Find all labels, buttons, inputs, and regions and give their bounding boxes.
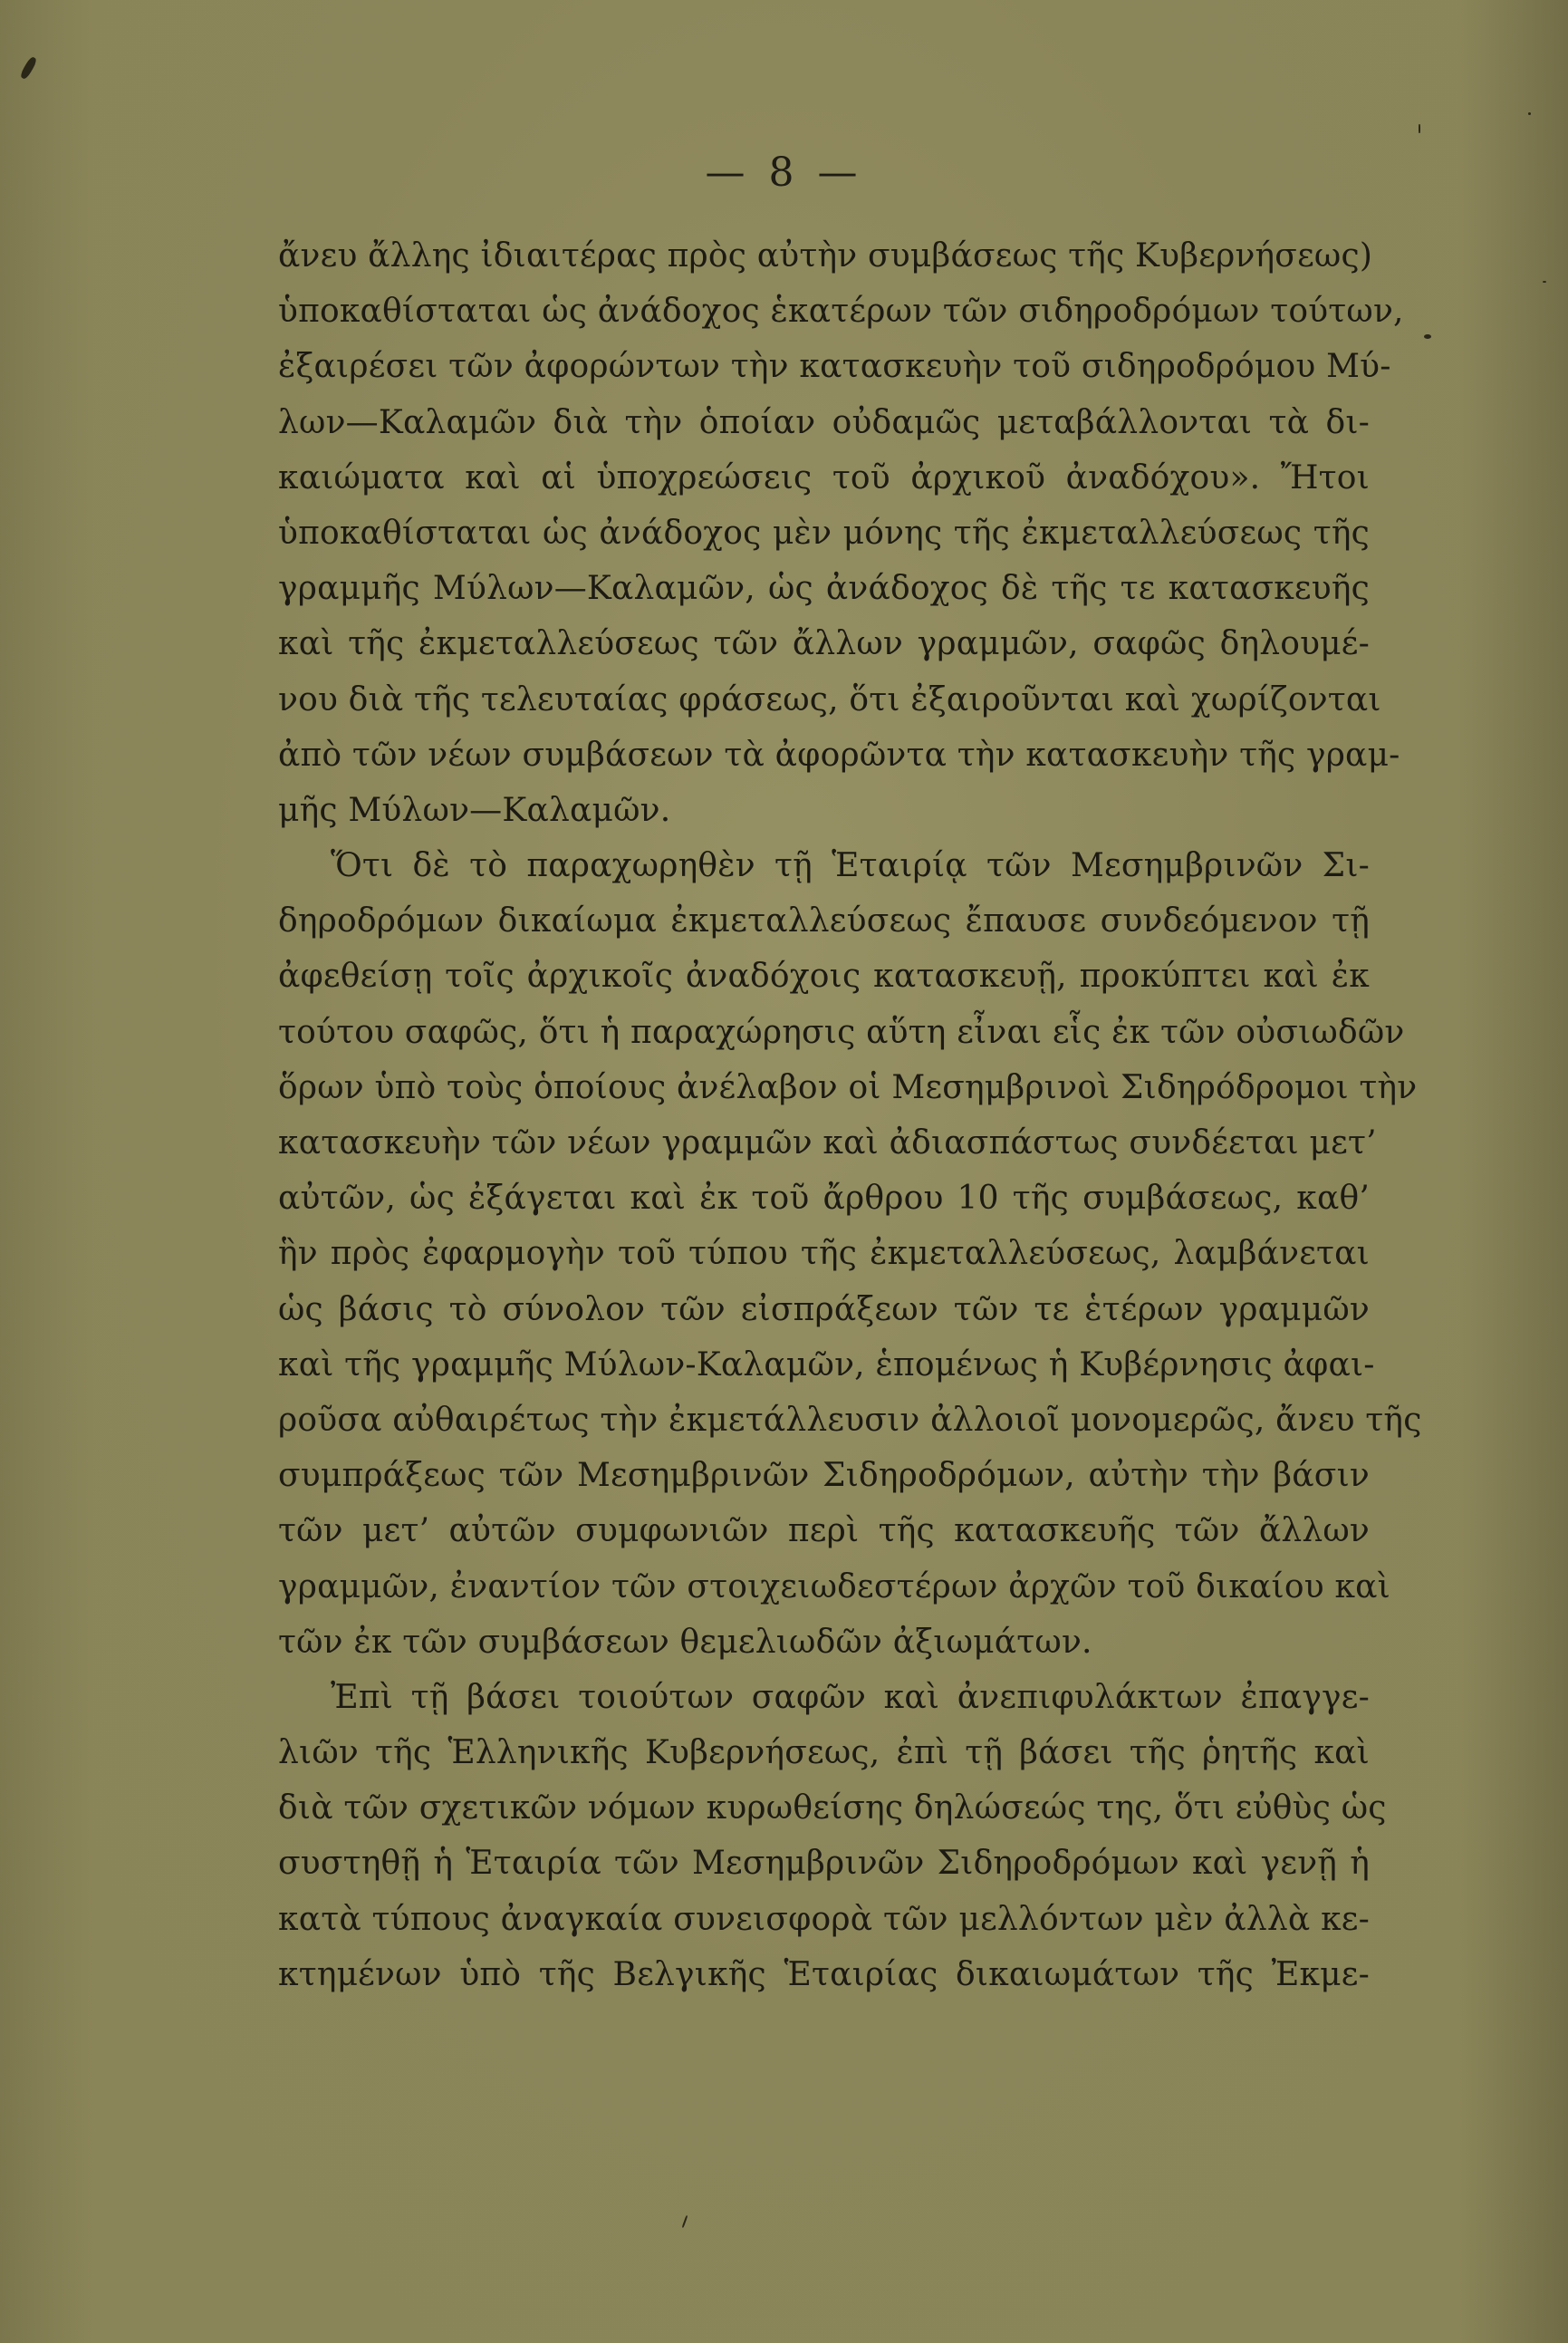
text-line: καὶ τῆς ἐκμεταλλεύσεως τῶν ἄλλων γραμμῶν… xyxy=(278,616,1370,671)
ink-speck xyxy=(1543,281,1546,283)
ink-speck xyxy=(1424,334,1431,339)
text-line: ἣν πρὸς ἐφαρμογὴν τοῦ τύπου τῆς ἐκμεταλλ… xyxy=(278,1226,1370,1281)
text-line: λων—Καλαμῶν διὰ τὴν ὁποίαν οὐδαμῶς μεταβ… xyxy=(278,395,1370,450)
text-line: λιῶν τῆς Ἑλληνικῆς Κυβερνήσεως, ἐπὶ τῇ β… xyxy=(278,1725,1370,1780)
text-line: ὡς βάσις τὸ σύνολον τῶν εἰσπράξεων τῶν τ… xyxy=(278,1282,1370,1337)
ink-speck xyxy=(682,2215,688,2228)
ink-speck xyxy=(1528,112,1531,115)
text-line: καὶ τῆς γραμμῆς Μύλων-Καλαμῶν, ἑπομένως … xyxy=(278,1337,1370,1393)
paragraph-end-line: μῆς Μύλων—Καλαμῶν. xyxy=(278,783,1370,838)
body-text: ἄνευ ἄλλης ἰδιαιτέρας πρὸς αὐτὴν συμβάσε… xyxy=(278,228,1370,2002)
text-line: καιώματα καὶ αἱ ὑποχρεώσεις τοῦ ἀρχικοῦ … xyxy=(278,450,1370,506)
text-line: ὑποκαθίσταται ὡς ἀνάδοχος μὲν μόνης τῆς … xyxy=(278,506,1370,561)
text-line: ἐξαιρέσει τῶν ἀφορώντων τὴν κατασκευὴν τ… xyxy=(278,339,1370,394)
text-line: ροῦσα αὐθαιρέτως τὴν ἐκμετάλλευσιν ἀλλοι… xyxy=(278,1393,1370,1448)
paragraph-end-line: τῶν ἐκ τῶν συμβάσεων θεμελιωδῶν ἀξιωμάτω… xyxy=(278,1615,1370,1670)
text-line: ὅρων ὑπὸ τοὺς ὁποίους ἀνέλαβον οἱ Μεσημβ… xyxy=(278,1060,1370,1115)
text-line: ἄνευ ἄλλης ἰδιαιτέρας πρὸς αὐτὴν συμβάσε… xyxy=(278,228,1370,284)
text-line: συμπράξεως τῶν Μεσημβρινῶν Σιδηροδρόμων,… xyxy=(278,1448,1370,1503)
text-line: κατασκευὴν τῶν νέων γραμμῶν καὶ ἀδιασπάσ… xyxy=(278,1115,1370,1171)
text-line: ἀφεθείσῃ τοῖς ἀρχικοῖς ἀναδόχοις κατασκε… xyxy=(278,949,1370,1004)
text-line: νου διὰ τῆς τελευταίας φράσεως, ὅτι ἐξαι… xyxy=(278,672,1370,728)
text-line: γραμμῆς Μύλων—Καλαμῶν, ὡς ἀνάδοχος δὲ τῆ… xyxy=(278,561,1370,616)
paragraph-start-line: Ὅτι δὲ τὸ παραχωρηθὲν τῇ Ἑταιρίᾳ τῶν Μεσ… xyxy=(278,838,1370,893)
text-line: τούτου σαφῶς, ὅτι ἡ παραχώρησις αὕτη εἶν… xyxy=(278,1005,1370,1060)
ink-mark xyxy=(19,55,38,80)
text-line: συστηθῇ ἡ Ἑταιρία τῶν Μεσημβρινῶν Σιδηρο… xyxy=(278,1836,1370,1891)
text-line: κτημένων ὑπὸ τῆς Βελγικῆς Ἑταιρίας δικαι… xyxy=(278,1947,1370,2002)
text-line: αὐτῶν, ὡς ἐξάγεται καὶ ἐκ τοῦ ἄρθρου 10 … xyxy=(278,1171,1370,1226)
text-line: γραμμῶν, ἐναντίον τῶν στοιχειωδεστέρων ἀ… xyxy=(278,1559,1370,1615)
text-line: διὰ τῶν σχετικῶν νόμων κυρωθείσης δηλώσε… xyxy=(278,1780,1370,1836)
text-line: τῶν μετ’ αὐτῶν συμφωνιῶν περὶ τῆς κατασκ… xyxy=(278,1503,1370,1558)
text-line: ἀπὸ τῶν νέων συμβάσεων τὰ ἀφορῶντα τὴν κ… xyxy=(278,728,1370,783)
text-line: δηροδρόμων δικαίωμα ἐκμεταλλεύσεως ἔπαυσ… xyxy=(278,893,1370,949)
text-line: ὑποκαθίσταται ὡς ἀνάδοχος ἑκατέρων τῶν σ… xyxy=(278,284,1370,339)
paragraph-start-line: Ἐπὶ τῇ βάσει τοιούτων σαφῶν καὶ ἀνεπιφυλ… xyxy=(278,1670,1370,1725)
page-number: — 8 — xyxy=(0,149,1568,196)
text-line: κατὰ τύπους ἀναγκαία συνεισφορὰ τῶν μελλ… xyxy=(278,1892,1370,1947)
scanned-page: — 8 — ἄνευ ἄλλης ἰδιαιτέρας πρὸς αὐτὴν σ… xyxy=(0,0,1568,2343)
ink-speck xyxy=(1419,124,1420,133)
